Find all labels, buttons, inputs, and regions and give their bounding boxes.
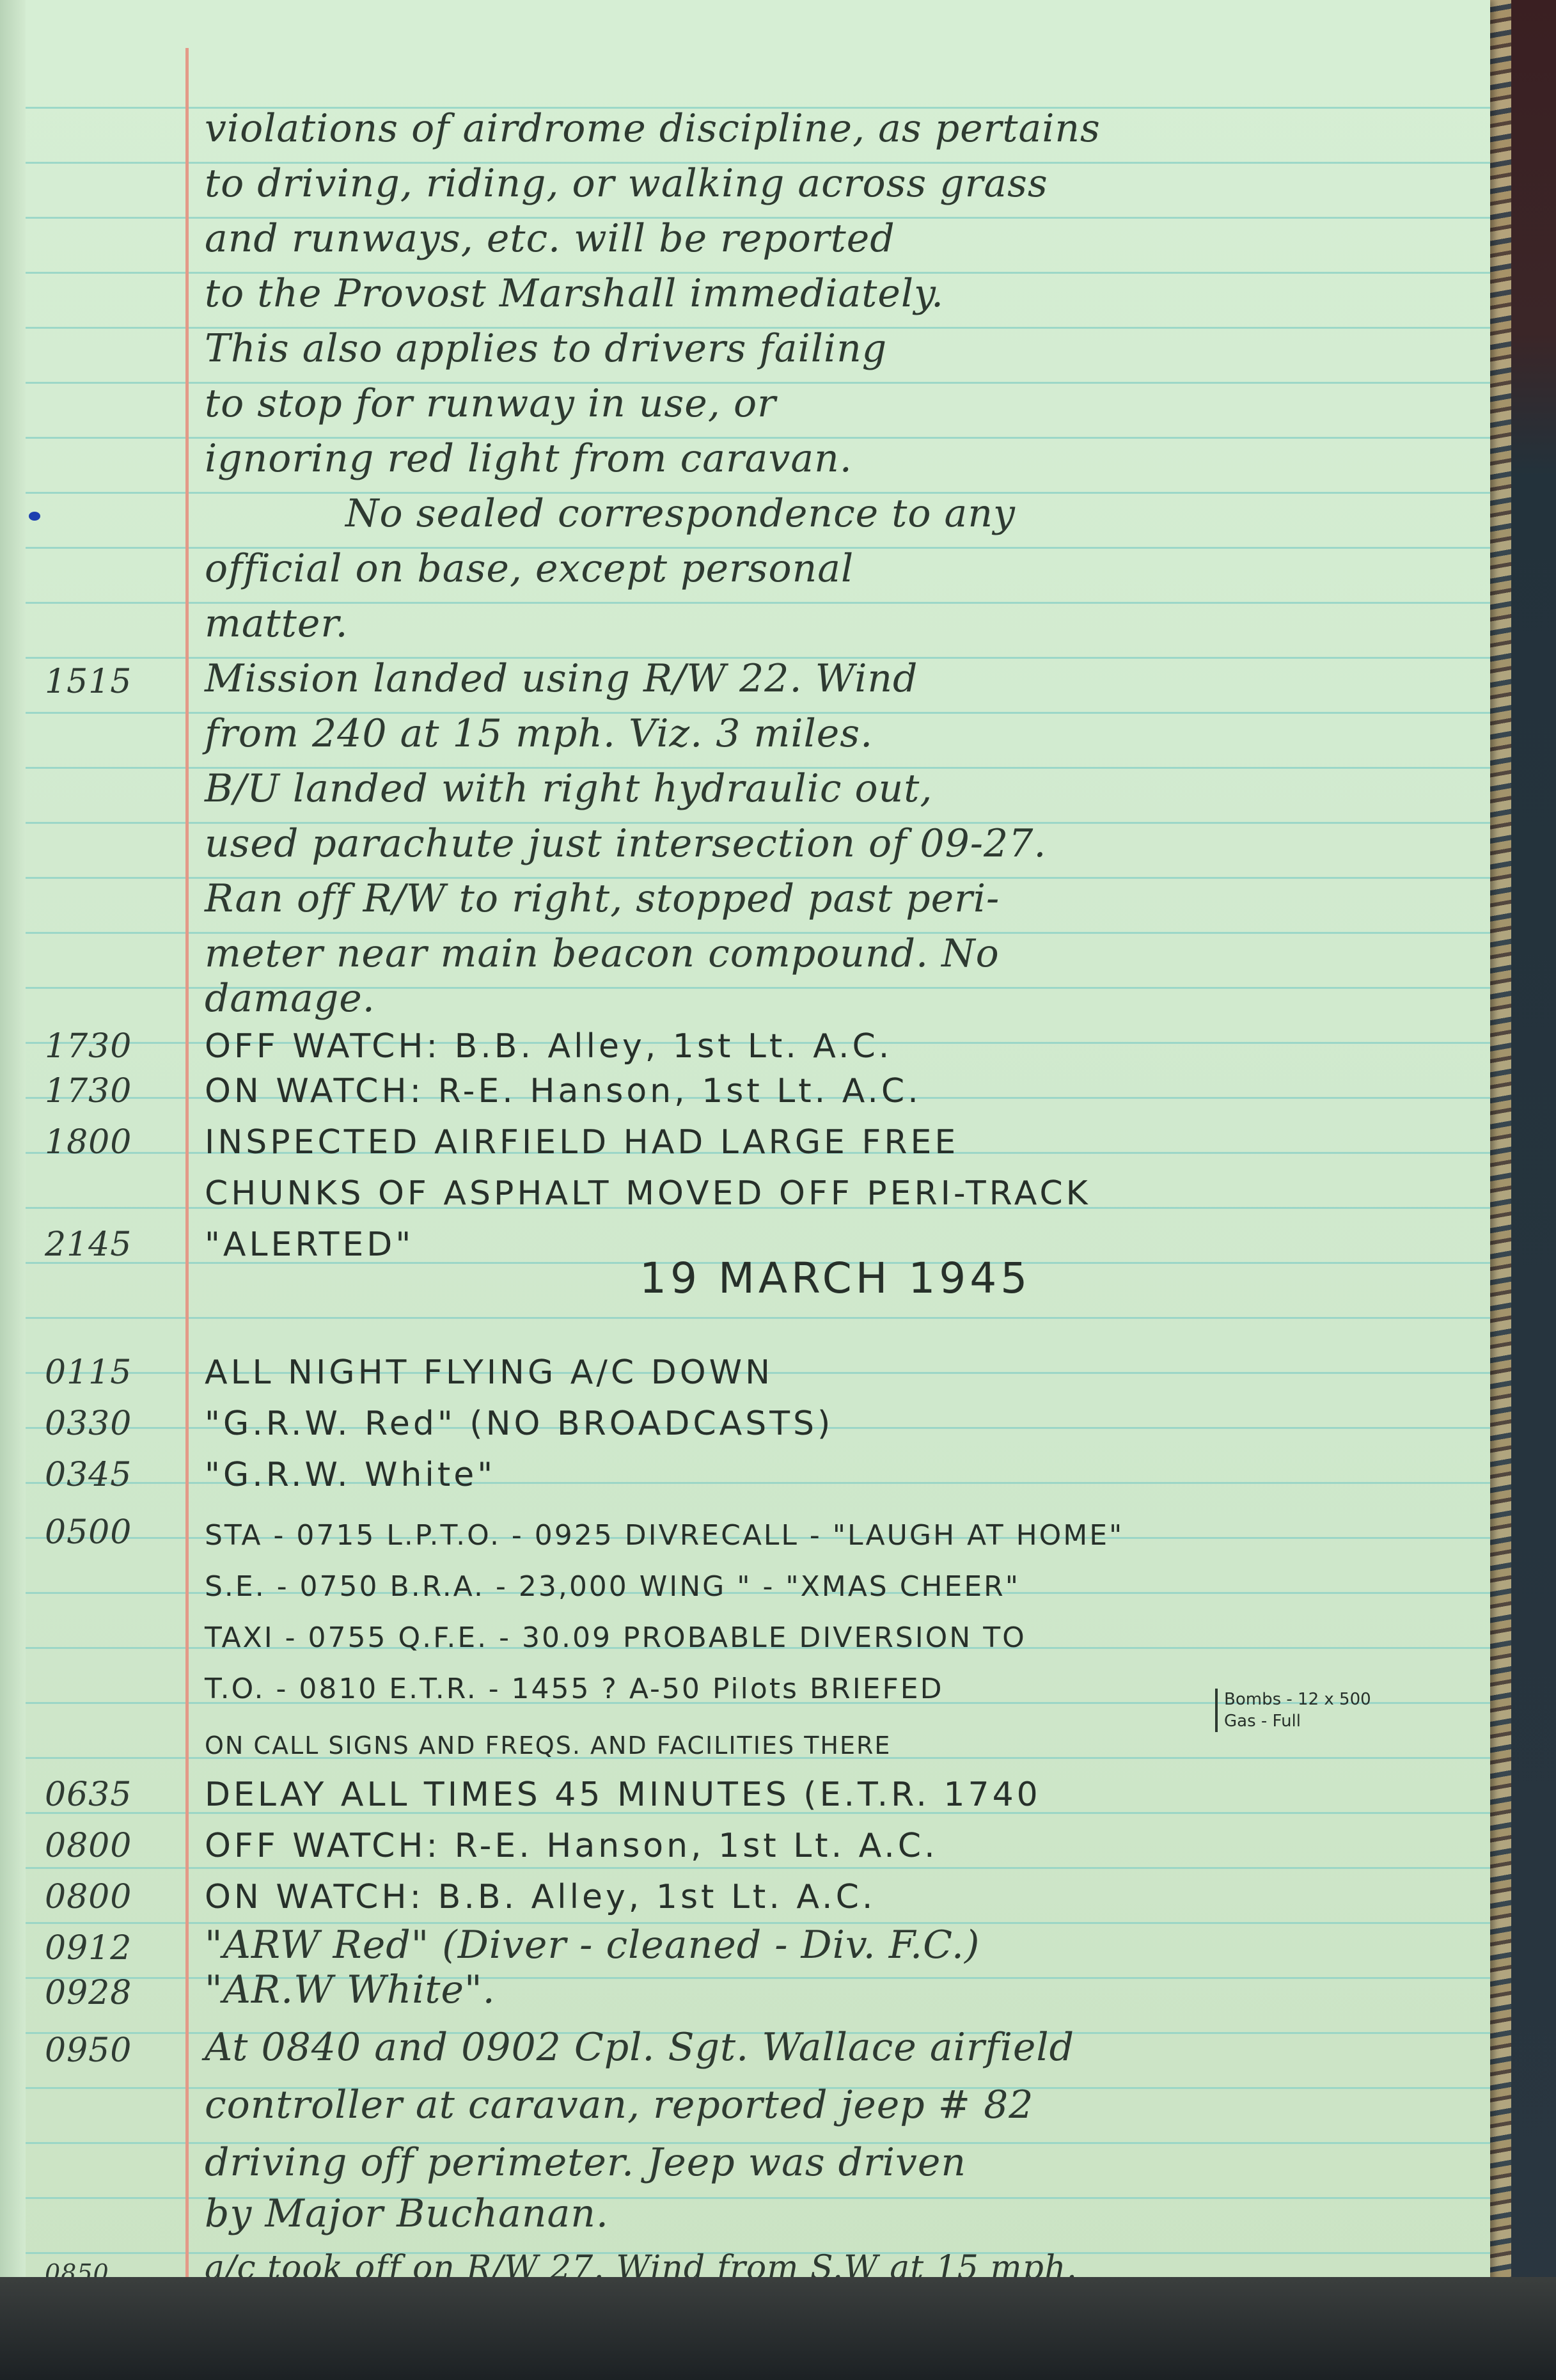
entry-line: Ran off R/W to right, stopped past peri- bbox=[0, 866, 1471, 921]
log-entry-0800-on: 0800 ON WATCH: B.B. Alley, 1st Lt. A.C. bbox=[0, 1861, 1471, 1916]
continuation-line: No sealed correspondence to any bbox=[0, 481, 1471, 536]
log-entry-0345: 0345 "G.R.W. White" bbox=[0, 1439, 1471, 1494]
log-entry-0950: 0950 At 0840 and 0902 Cpl. Sgt. Wallace … bbox=[0, 2015, 1471, 2070]
continuation-line: violations of airdrome discipline, as pe… bbox=[0, 96, 1471, 151]
desk-surface bbox=[0, 2277, 1556, 2380]
log-entry-0330: 0330 "G.R.W. Red" (NO BROADCASTS) bbox=[0, 1388, 1471, 1443]
date-heading: 19 MARCH 1945 bbox=[640, 1254, 1031, 1303]
continuation-line: This also applies to drivers failing bbox=[0, 316, 1471, 371]
continuation-line: to driving, riding, or walking across gr… bbox=[0, 151, 1471, 206]
continuation-line: official on base, except personal bbox=[0, 536, 1471, 591]
log-entry-0500: 0500 STA - 0715 L.P.T.O. - 0925 DIVRECAL… bbox=[0, 1497, 1471, 1552]
log-entry-1730-on: 1730 ON WATCH: R-E. Hanson, 1st Lt. A.C. bbox=[0, 1055, 1471, 1110]
side-note-bombs-gas: Bombs - 12 x 500 Gas - Full bbox=[1215, 1689, 1371, 1732]
log-entry-0928: 0928 "AR.W White". bbox=[0, 1957, 1471, 2012]
continuation-line: to stop for runway in use, or bbox=[0, 371, 1471, 426]
entry-time: 1515 bbox=[45, 663, 179, 701]
log-page: violations of airdrome discipline, as pe… bbox=[0, 0, 1490, 2303]
log-entry-1515: 1515 Mission landed using R/W 22. Wind bbox=[0, 646, 1471, 701]
entry-line: B/U landed with right hydraulic out, bbox=[0, 756, 1471, 811]
entry-line: TAXI - 0755 Q.F.E. - 30.09 PROBABLE DIVE… bbox=[0, 1599, 1471, 1654]
entry-line: CHUNKS OF ASPHALT MOVED OFF PERI-TRACK bbox=[0, 1158, 1471, 1213]
entry-line: S.E. - 0750 B.R.A. - 23,000 WING " - "XM… bbox=[0, 1548, 1471, 1603]
log-entry-1800: 1800 INSPECTED AIRFIELD HAD LARGE FREE bbox=[0, 1107, 1471, 1162]
log-entry-0635: 0635 DELAY ALL TIMES 45 MINUTES (E.T.R. … bbox=[0, 1759, 1471, 1814]
continuation-line: and runways, etc. will be reported bbox=[0, 206, 1471, 261]
continuation-line: matter. bbox=[0, 591, 1471, 646]
entry-line: by Major Buchanan. bbox=[0, 2181, 1471, 2236]
entry-line: driving off perimeter. Jeep was driven bbox=[0, 2130, 1471, 2185]
entry-line: from 240 at 15 mph. Viz. 3 miles. bbox=[0, 701, 1471, 756]
entry-line: controller at caravan, reported jeep # 8… bbox=[0, 2072, 1471, 2127]
continuation-line: ignoring red light from caravan. bbox=[0, 426, 1471, 481]
log-entry-0115: 0115 ALL NIGHT FLYING A/C DOWN bbox=[0, 1337, 1471, 1392]
continuation-line: to the Provost Marshall immediately. bbox=[0, 261, 1471, 316]
log-entry-0800-off: 0800 OFF WATCH: R-E. Hanson, 1st Lt. A.C… bbox=[0, 1810, 1471, 1865]
entry-line: used parachute just intersection of 09-2… bbox=[0, 811, 1471, 866]
